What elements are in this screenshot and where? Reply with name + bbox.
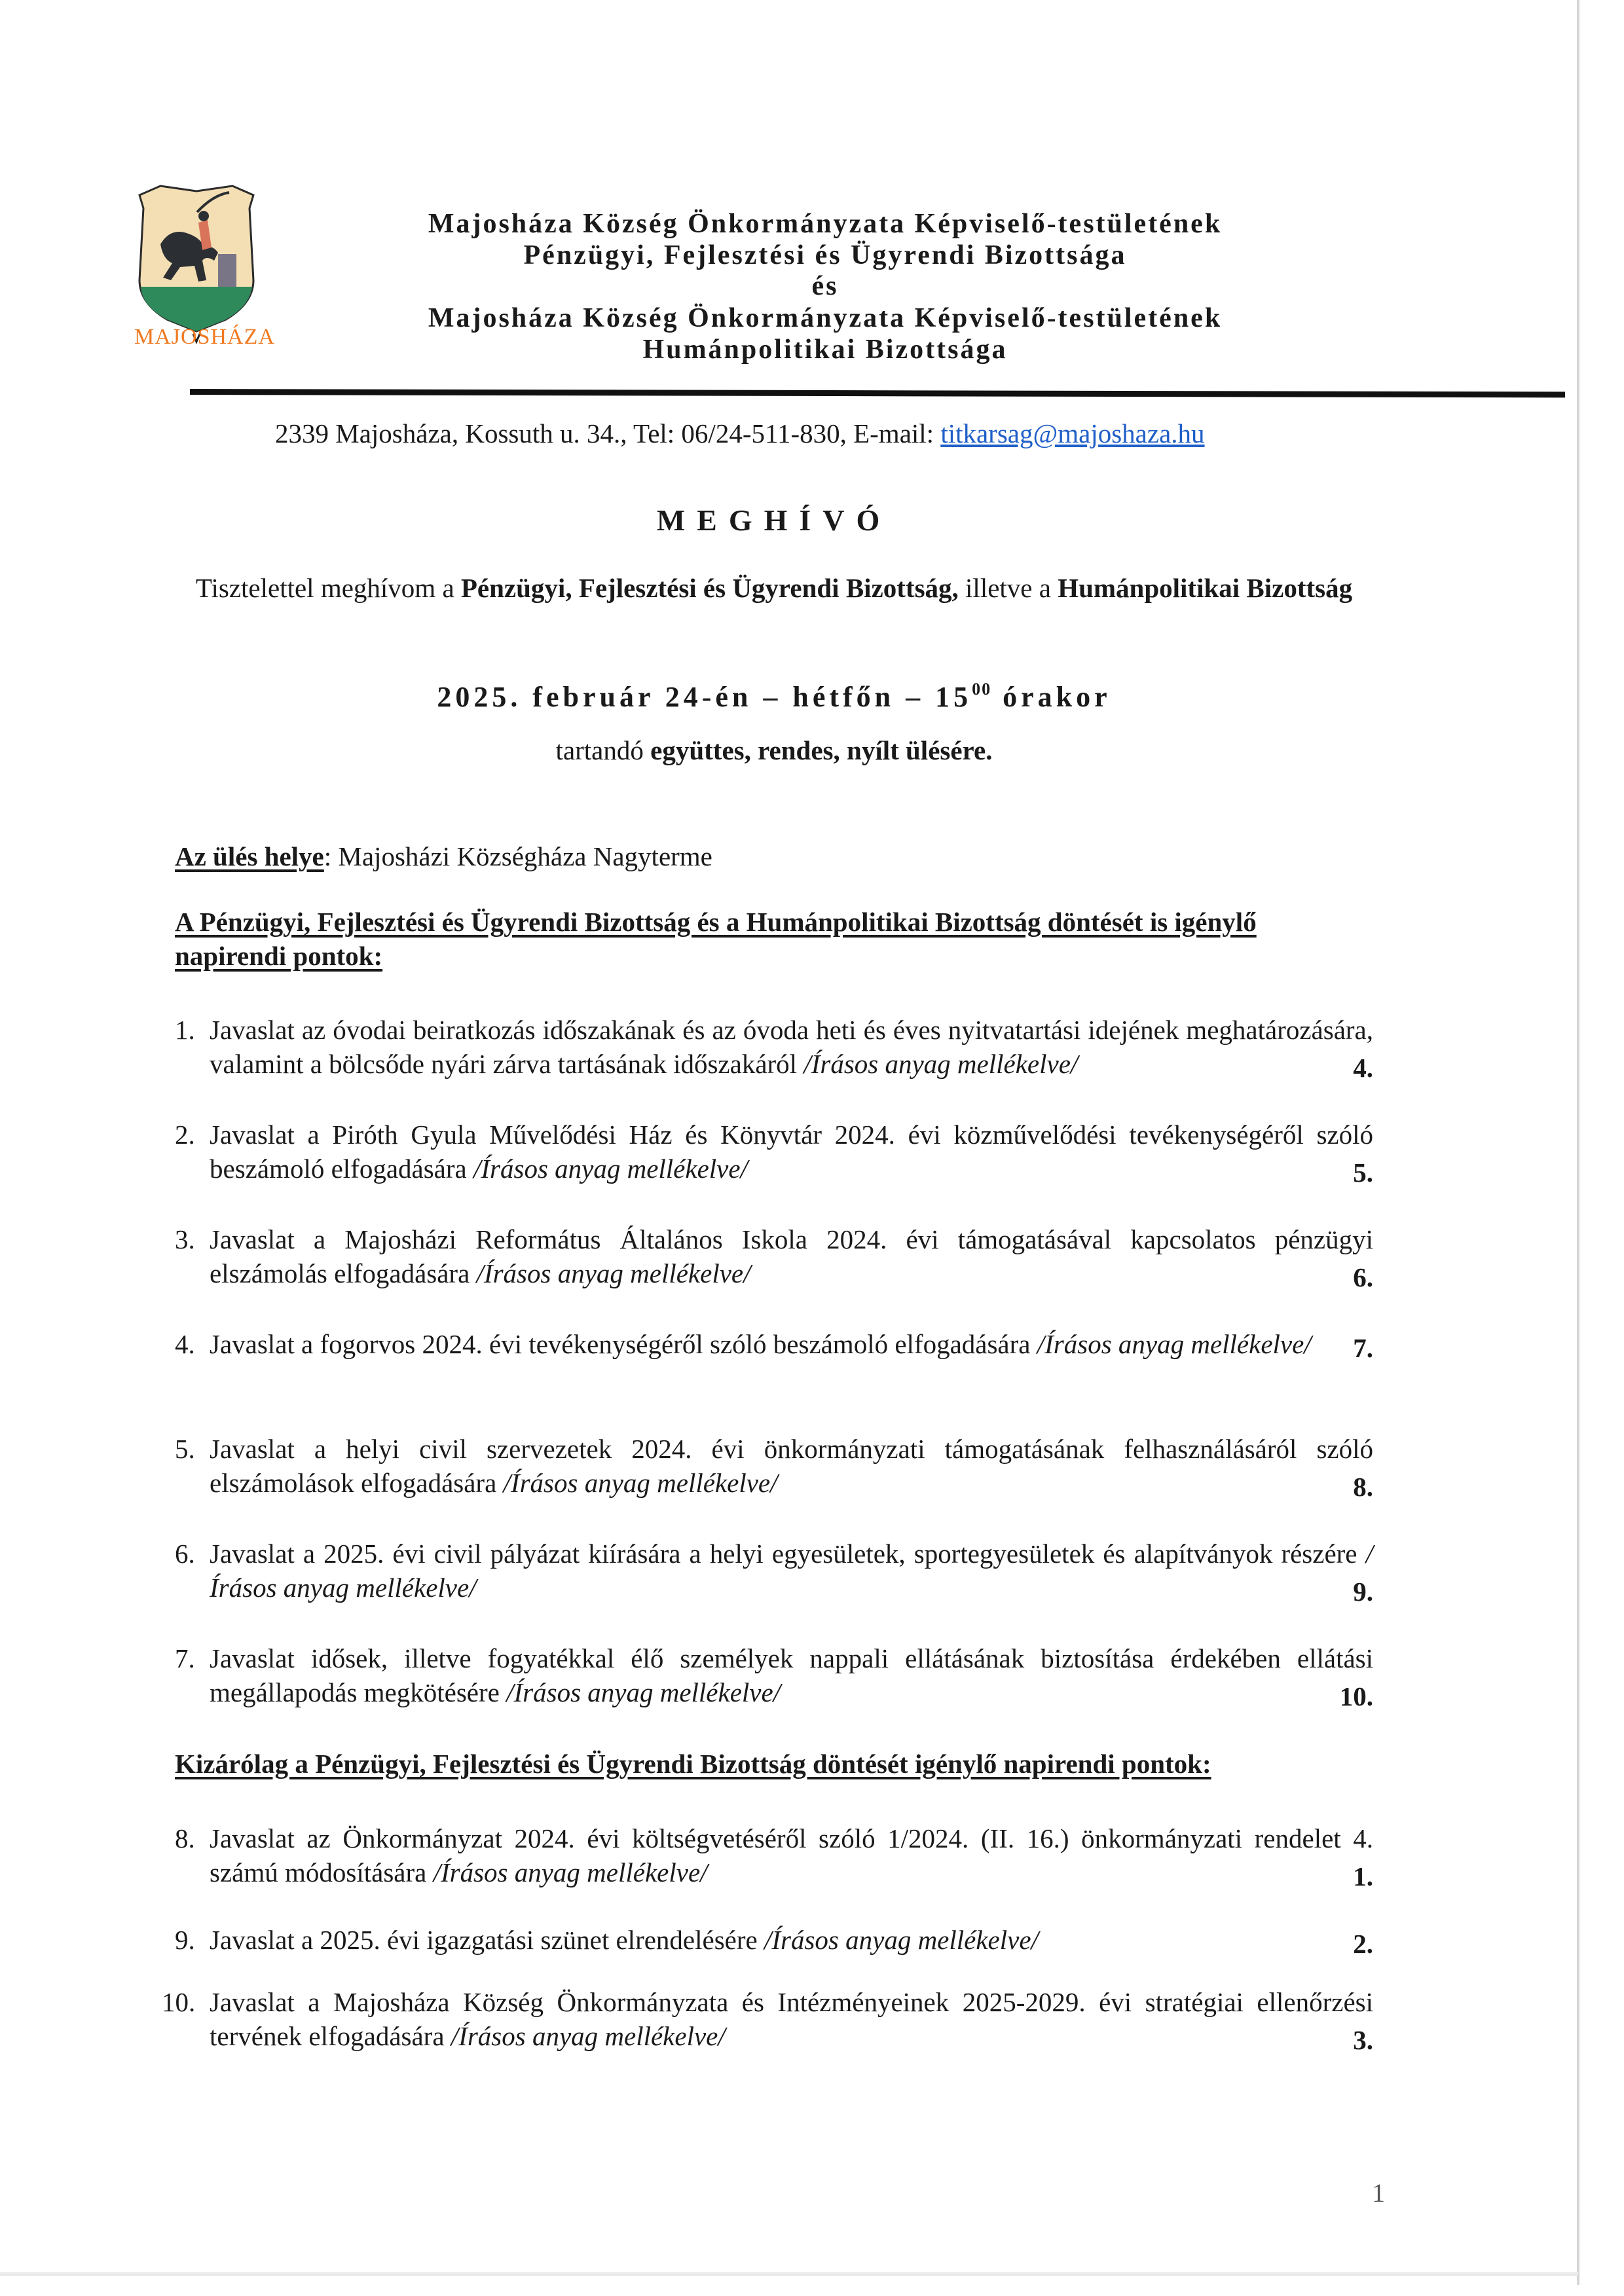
agenda-item: 5.Javaslat a helyi civil szervezetek 202… bbox=[175, 1432, 1373, 1500]
venue-colon: : bbox=[324, 841, 339, 871]
agenda-item-text: Javaslat a 2025. évi igazgatási szünet e… bbox=[210, 1923, 1373, 1957]
agenda-item: 6.Javaslat a 2025. évi civil pályázat ki… bbox=[175, 1537, 1373, 1605]
crest-label: MAJOSHÁZA bbox=[134, 325, 259, 350]
agenda-item-text: Javaslat a 2025. évi civil pályázat kiír… bbox=[210, 1537, 1373, 1605]
meeting-type-lead: tartandó bbox=[556, 735, 651, 765]
email-link[interactable]: titkarsag@majoshaza.hu bbox=[940, 418, 1204, 448]
agenda-item: 3.Javaslat a Majosházi Református Általá… bbox=[175, 1222, 1373, 1290]
agenda-item-text: Javaslat az Önkormányzat 2024. évi költs… bbox=[210, 1821, 1373, 1889]
header-line-5: Humánpolitikai Bizottsága bbox=[367, 334, 1283, 365]
agenda-item-number: 8. bbox=[175, 1821, 208, 1855]
intro-middle: illetve a bbox=[959, 573, 1058, 603]
agenda-item-number: 6. bbox=[175, 1537, 208, 1571]
agenda-item-number: 10. bbox=[162, 1985, 194, 2019]
agenda-item-number: 9. bbox=[175, 1923, 208, 1957]
date-suffix: órakor bbox=[991, 681, 1111, 713]
agenda-item-title: Javaslat a Majosházi Református Általáno… bbox=[210, 1224, 1373, 1288]
time-minutes: 00 bbox=[972, 680, 991, 699]
agenda-item-text: Javaslat idősek, illetve fogyatékkal élő… bbox=[210, 1641, 1373, 1709]
agenda-item-number: 7. bbox=[175, 1641, 208, 1675]
agenda-item: 10.Javaslat a Majosháza Község Önkormány… bbox=[175, 1985, 1373, 2053]
agenda-item-title: Javaslat a fogorvos 2024. évi tevékenysé… bbox=[210, 1329, 1037, 1359]
attachment-note: /Írásos anyag mellékelve/ bbox=[504, 1468, 778, 1498]
document-title: MEGHÍVÓ bbox=[175, 503, 1373, 538]
intro-committee-1: Pénzügyi, Fejlesztési és Ügyrendi Bizott… bbox=[461, 573, 959, 603]
attachment-note: /Írásos anyag mellékelve/ bbox=[477, 1258, 751, 1288]
agenda-item-number: 2. bbox=[175, 1118, 208, 1152]
attachment-note: /Írásos anyag mellékelve/ bbox=[434, 1857, 708, 1887]
agenda-item: 4.Javaslat a fogorvos 2024. évi tevékeny… bbox=[175, 1327, 1373, 1361]
agenda-item-number: 1. bbox=[175, 1013, 208, 1047]
attachment-page-ref: 1. bbox=[1353, 1859, 1373, 1893]
agenda-item-text: Javaslat a fogorvos 2024. évi tevékenysé… bbox=[210, 1327, 1373, 1361]
venue-label: Az ülés helye bbox=[175, 841, 324, 871]
agenda-item: 8.Javaslat az Önkormányzat 2024. évi köl… bbox=[175, 1821, 1373, 1889]
venue-line: Az ülés helye: Majosházi Községháza Nagy… bbox=[175, 839, 1373, 873]
header-divider bbox=[190, 389, 1565, 397]
agenda-item: 2.Javaslat a Piróth Gyula Művelődési Ház… bbox=[175, 1118, 1373, 1186]
agenda-item: 9.Javaslat a 2025. évi igazgatási szünet… bbox=[175, 1923, 1373, 1957]
agenda-item-title: Javaslat a Majosháza Község Önkormányzat… bbox=[210, 1987, 1373, 2051]
attachment-note: /Írásos anyag mellékelve/ bbox=[506, 1677, 781, 1707]
agenda-item-text: Javaslat a helyi civil szervezetek 2024.… bbox=[210, 1432, 1373, 1500]
attachment-page-ref: 2. bbox=[1353, 1927, 1373, 1961]
scan-edge-bottom bbox=[0, 2272, 1578, 2276]
attachment-note: /Írásos anyag mellékelve/ bbox=[764, 1925, 1039, 1955]
page-number: 1 bbox=[1372, 2178, 1385, 2208]
agenda-item-text: Javaslat a Majosháza Község Önkormányzat… bbox=[210, 1985, 1373, 2053]
agenda-item-title: Javaslat a 2025. évi igazgatási szünet e… bbox=[210, 1925, 764, 1955]
agenda-item: 1.Javaslat az óvodai beiratkozás időszak… bbox=[175, 1013, 1373, 1081]
date-main: 2025. február 24-én – hétfőn – 15 bbox=[437, 681, 972, 713]
agenda-item-text: Javaslat a Piróth Gyula Művelődési Ház é… bbox=[210, 1118, 1373, 1186]
attachment-page-ref: 7. bbox=[1353, 1331, 1373, 1365]
agenda-item-number: 3. bbox=[175, 1222, 208, 1256]
attachment-note: /Írásos anyag mellékelve/ bbox=[1037, 1329, 1312, 1359]
attachment-note: /Írásos anyag mellékelve/ bbox=[473, 1154, 748, 1184]
attachment-page-ref: 3. bbox=[1353, 2023, 1373, 2057]
intro-lead: Tisztelettel meghívom a bbox=[196, 573, 461, 603]
attachment-page-ref: 5. bbox=[1353, 1156, 1373, 1190]
agenda-item-text: Javaslat az óvodai beiratkozás időszakán… bbox=[210, 1013, 1373, 1081]
meeting-type: tartandó együttes, rendes, nyílt ülésére… bbox=[175, 735, 1373, 766]
section-heading-finance-only: Kizárólag a Pénzügyi, Fejlesztési és Ügy… bbox=[175, 1747, 1373, 1781]
header-line-2: Pénzügyi, Fejlesztési és Ügyrendi Bizott… bbox=[367, 240, 1283, 271]
attachment-note: /Írásos anyag mellékelve/ bbox=[451, 2021, 726, 2051]
scan-edge-right bbox=[1577, 0, 1579, 2285]
attachment-page-ref: 10. bbox=[1340, 1679, 1373, 1713]
address-text: 2339 Majosháza, Kossuth u. 34., Tel: 06/… bbox=[275, 418, 934, 448]
agenda-item-title: Javaslat a 2025. évi civil pályázat kiír… bbox=[210, 1539, 1366, 1569]
agenda-item-number: 5. bbox=[175, 1432, 208, 1466]
attachment-page-ref: 6. bbox=[1353, 1260, 1373, 1294]
header-line-3: és bbox=[367, 270, 1283, 302]
agenda-item-text: Javaslat a Majosházi Református Általáno… bbox=[210, 1222, 1373, 1290]
agenda-item-number: 4. bbox=[175, 1327, 208, 1361]
agenda-item-title: Javaslat a Piróth Gyula Művelődési Ház é… bbox=[210, 1120, 1373, 1184]
agenda-item-title: Javaslat az Önkormányzat 2024. évi költs… bbox=[210, 1823, 1373, 1887]
contact-line: 2339 Majosháza, Kossuth u. 34., Tel: 06/… bbox=[275, 418, 1205, 449]
attachment-note: /Írásos anyag mellékelve/ bbox=[803, 1049, 1078, 1079]
attachment-page-ref: 9. bbox=[1353, 1575, 1373, 1609]
agenda-item: 7.Javaslat idősek, illetve fogyatékkal é… bbox=[175, 1641, 1373, 1709]
attachment-page-ref: 4. bbox=[1353, 1051, 1373, 1085]
attachment-page-ref: 8. bbox=[1353, 1470, 1373, 1504]
meeting-date: 2025. február 24-én – hétfőn – 1500 órak… bbox=[175, 680, 1373, 714]
header-line-4: Majosháza Község Önkormányzata Képviselő… bbox=[367, 302, 1283, 334]
intro-committee-2: Humánpolitikai Bizottság bbox=[1058, 573, 1352, 603]
header-line-1: Majosháza Község Önkormányzata Képviselő… bbox=[367, 208, 1283, 240]
meeting-type-bold: együttes, rendes, nyílt ülésére. bbox=[650, 735, 992, 765]
invitation-intro: Tisztelettel meghívom a Pénzügyi, Fejles… bbox=[175, 571, 1373, 605]
coat-of-arms-logo: MAJOSHÁZA bbox=[134, 182, 259, 359]
agenda-item-title: Javaslat a helyi civil szervezetek 2024.… bbox=[210, 1434, 1373, 1498]
venue-value: Majosházi Községháza Nagyterme bbox=[338, 841, 712, 871]
agenda-item-title: Javaslat az óvodai beiratkozás időszakán… bbox=[210, 1015, 1373, 1079]
agenda-item-title: Javaslat idősek, illetve fogyatékkal élő… bbox=[210, 1643, 1373, 1707]
section-heading-joint: A Pénzügyi, Fejlesztési és Ügyrendi Bizo… bbox=[175, 905, 1373, 973]
